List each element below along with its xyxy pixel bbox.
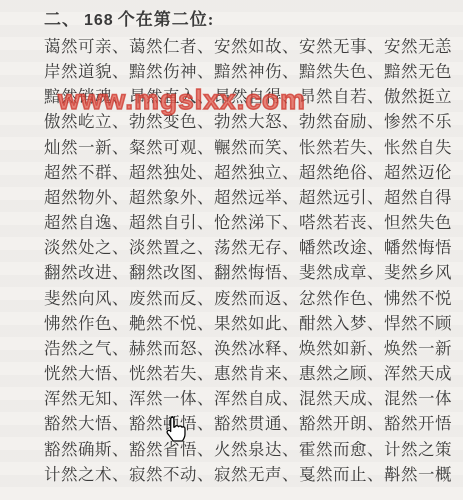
idiom: 超然远举、	[214, 185, 299, 210]
idiom: 悍然不顾	[384, 311, 452, 336]
idiom: 浑然一体、	[129, 386, 214, 411]
idiom-line: 浩然之气、赫然而怒、涣然冰释、焕然如新、焕然一新	[44, 336, 450, 361]
idiom-line: 岸然道貌、黯然伤神、黯然神伤、黯然失色、黯然无色	[44, 59, 450, 84]
idiom: 超然自逸、	[44, 210, 129, 235]
idiom: 蔼然可亲、	[44, 34, 129, 59]
idiom: 怛然失色	[384, 210, 452, 235]
idiom-line: 灿然一新、粲然可观、冁然而笑、怅然若失、怅然自失	[44, 135, 450, 160]
idiom: 恍然大悟、	[44, 361, 129, 386]
idiom: 惨然不乐	[384, 109, 452, 134]
idiom-line: 浑然无知、浑然一体、浑然自成、混然天成、混然一体	[44, 386, 450, 411]
idiom: 超然物外、	[44, 185, 129, 210]
idiom: 昂然自得、	[214, 84, 299, 109]
idiom: 斐然成章、	[299, 260, 384, 285]
idiom: 豁然顿悟、	[129, 411, 214, 436]
title-suffix: 个在第二位:	[118, 10, 215, 29]
idiom: 粲然可观、	[129, 135, 214, 160]
idiom: 勃然奋励、	[299, 109, 384, 134]
idiom: 惠然肯来、	[214, 361, 299, 386]
idiom: 混然一体	[384, 386, 452, 411]
idiom: 勃然变色、	[129, 109, 214, 134]
idiom-line: 黯然销魂、昂然直入、昂然自得、昂然自若、傲然挺立	[44, 84, 450, 109]
idiom: 岸然道貌、	[44, 59, 129, 84]
idiom-line: 恍然大悟、恍然若失、惠然肯来、惠然之顾、浑然天成	[44, 361, 450, 386]
idiom: 安然如故、	[214, 34, 299, 59]
idiom: 淡然置之、	[129, 235, 214, 260]
idiom: 果然如此、	[214, 311, 299, 336]
idiom: 霍然而愈、	[299, 437, 384, 462]
idiom: 涣然冰释、	[214, 336, 299, 361]
idiom: 斠然一概	[384, 462, 452, 487]
idiom: 超然独立、	[214, 160, 299, 185]
idiom: 豁然省悟、	[129, 437, 214, 462]
idiom: 幡然悔悟	[384, 235, 452, 260]
idiom: 怫然作色、	[44, 311, 129, 336]
idiom: 超然象外、	[129, 185, 214, 210]
idiom: 豁然开悟	[384, 411, 452, 436]
idiom: 翻然悔悟、	[214, 260, 299, 285]
idiom: 安然无恙	[384, 34, 452, 59]
idiom: 淡然处之、	[44, 235, 129, 260]
idiom: 黯然伤神、	[129, 59, 214, 84]
idiom: 酣然入梦、	[299, 311, 384, 336]
idiom-line: 豁然大悟、豁然顿悟、豁然贯通、豁然开朗、豁然开悟	[44, 411, 450, 436]
idiom-line: 计然之术、寂然不动、寂然无声、戛然而止、斠然一概	[44, 462, 450, 487]
idiom: 超然自得	[384, 185, 452, 210]
idiom: 超然迈伦	[384, 160, 452, 185]
idiom: 豁然确斯、	[44, 437, 129, 462]
idiom: 安然无事、	[299, 34, 384, 59]
title-count: 168	[84, 12, 114, 29]
idiom: 浑然自成、	[214, 386, 299, 411]
idiom: 嗒然若丧、	[299, 210, 384, 235]
idiom: 灿然一新、	[44, 135, 129, 160]
idiom: 黯然失色、	[299, 59, 384, 84]
idiom: 超然不群、	[44, 160, 129, 185]
idiom: 豁然大悟、	[44, 411, 129, 436]
idiom: 混然天成、	[299, 386, 384, 411]
idiom: 翻然改图、	[129, 260, 214, 285]
idiom-line: 超然物外、超然象外、超然远举、超然远引、超然自得	[44, 185, 450, 210]
idiom: 戛然而止、	[299, 462, 384, 487]
idiom: 惠然之顾、	[299, 361, 384, 386]
idiom-line: 翻然改进、翻然改图、翻然悔悟、斐然成章、斐然乡风	[44, 260, 450, 285]
title-prefix: 二、	[44, 10, 80, 29]
idiom: 昂然自若、	[299, 84, 384, 109]
idiom: 恍然若失、	[129, 361, 214, 386]
idiom: 寂然不动、	[129, 462, 214, 487]
idiom: 超然独处、	[129, 160, 214, 185]
idiom: 蔼然仁者、	[129, 34, 214, 59]
idiom: 超然绝俗、	[299, 160, 384, 185]
idiom: 赫然而怒、	[129, 336, 214, 361]
idiom: 浑然天成	[384, 361, 452, 386]
idiom: 计然之策	[384, 437, 452, 462]
idiom: 怆然涕下、	[214, 210, 299, 235]
idiom: 冁然而笑、	[214, 135, 299, 160]
idiom: 超然远引、	[299, 185, 384, 210]
idiom: 计然之术、	[44, 462, 129, 487]
idiom: 荡然无存、	[214, 235, 299, 260]
idiom: 黯然销魂、	[44, 84, 129, 109]
idiom-line: 超然自逸、超然自引、怆然涕下、嗒然若丧、怛然失色	[44, 210, 450, 235]
idiom: 傲然屹立、	[44, 109, 129, 134]
idiom: 黯然神伤、	[214, 59, 299, 84]
idiom: 勃然大怒、	[214, 109, 299, 134]
idiom: 怅然自失	[384, 135, 452, 160]
idiom: 幡然改途、	[299, 235, 384, 260]
idiom-line: 淡然处之、淡然置之、荡然无存、幡然改途、幡然悔悟	[44, 235, 450, 260]
idiom-line: 斐然向风、废然而反、废然而返、忿然作色、怫然不悦	[44, 286, 450, 311]
page-title: 二、168个在第二位:	[0, 0, 463, 33]
document-page: 二、168个在第二位: 蔼然可亲、蔼然仁者、安然如故、安然无事、安然无恙岸然道貌…	[0, 0, 463, 500]
idiom: 豁然开朗、	[299, 411, 384, 436]
idiom-line: 超然不群、超然独处、超然独立、超然绝俗、超然迈伦	[44, 160, 450, 185]
idiom: 浩然之气、	[44, 336, 129, 361]
idiom: 翻然改进、	[44, 260, 129, 285]
idiom: 怫然不悦	[384, 286, 452, 311]
idiom-line: 豁然确斯、豁然省悟、火然泉达、霍然而愈、计然之策	[44, 437, 450, 462]
idiom: 寂然无声、	[214, 462, 299, 487]
idiom-line: 蔼然可亲、蔼然仁者、安然如故、安然无事、安然无恙	[44, 34, 450, 59]
idiom: 昂然直入、	[129, 84, 214, 109]
idiom: 火然泉达、	[214, 437, 299, 462]
idiom: 废然而反、	[129, 286, 214, 311]
idiom: 豁然贯通、	[214, 411, 299, 436]
idiom: 超然自引、	[129, 210, 214, 235]
idiom: 怅然若失、	[299, 135, 384, 160]
idiom: 傲然挺立	[384, 84, 452, 109]
idiom: 浑然无知、	[44, 386, 129, 411]
idiom: 艴然不悦、	[129, 311, 214, 336]
idiom: 忿然作色、	[299, 286, 384, 311]
idiom: 斐然向风、	[44, 286, 129, 311]
idiom: 废然而返、	[214, 286, 299, 311]
idiom-list: 蔼然可亲、蔼然仁者、安然如故、安然无事、安然无恙岸然道貌、黯然伤神、黯然神伤、黯…	[0, 33, 463, 487]
idiom: 焕然如新、	[299, 336, 384, 361]
idiom-line: 傲然屹立、勃然变色、勃然大怒、勃然奋励、惨然不乐	[44, 109, 450, 134]
idiom: 斐然乡风	[384, 260, 452, 285]
idiom: 焕然一新	[384, 336, 452, 361]
idiom-line: 怫然作色、艴然不悦、果然如此、酣然入梦、悍然不顾	[44, 311, 450, 336]
idiom: 黯然无色	[384, 59, 452, 84]
